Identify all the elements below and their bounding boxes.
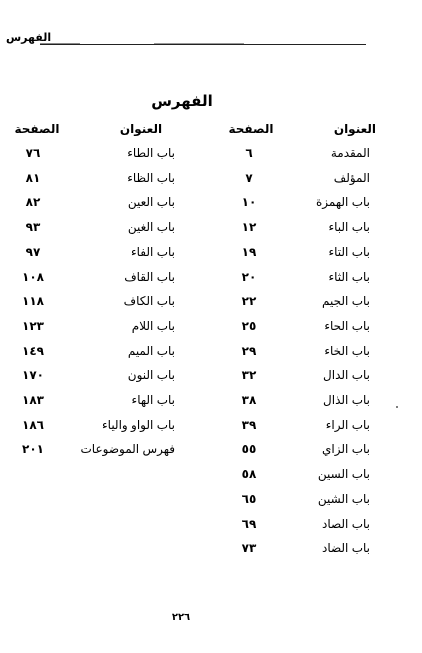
toc-entry-page: ١٤٩ [13, 344, 53, 358]
toc-entry-page: ١٨٦ [13, 418, 53, 432]
toc-entry-page: ٥٨ [229, 467, 269, 481]
toc-entry-page: ٨٢ [13, 195, 53, 209]
toc-entry-title: فهرس الموضوعات [45, 442, 175, 456]
scan-speck [396, 406, 398, 408]
toc-entry-page: ٩٧ [13, 245, 53, 259]
toc-entry-title: باب اللام [45, 319, 175, 333]
toc-entry-page: ٧ [229, 171, 269, 185]
toc-entry-page: ٢٥ [229, 319, 269, 333]
toc-entry-page: ٦٩ [229, 517, 269, 531]
toc-entry-title: باب الكاف [45, 294, 175, 308]
toc-entry-title: باب النون [45, 368, 175, 382]
right-title-header: العنوان [314, 122, 376, 136]
toc-entry-page: ٢٩ [229, 344, 269, 358]
toc-entry-title: باب العين [45, 195, 175, 209]
page-number: ٢٢٦ [166, 612, 196, 623]
toc-entry-page: ٩٣ [13, 220, 53, 234]
toc-entry-page: ١٩ [229, 245, 269, 259]
toc-entry-title: باب الواو والياء [45, 418, 175, 432]
toc-entry-page: ١٨٣ [13, 393, 53, 407]
toc-entry-page: ١٠ [229, 195, 269, 209]
toc-entry-page: ٧٦ [13, 146, 53, 160]
left-page-header: الصفحة [12, 122, 62, 136]
toc-entry-page: ١٠٨ [13, 270, 53, 284]
toc-entry-page: ٥٥ [229, 442, 269, 456]
toc-entry-page: ٧٣ [229, 541, 269, 555]
toc-entry-title: باب الميم [45, 344, 175, 358]
toc-entry-title: باب القاف [45, 270, 175, 284]
toc-entry-title: باب الفاء [45, 245, 175, 259]
toc-entry-page: ٣٢ [229, 368, 269, 382]
right-page-header: الصفحة [226, 122, 276, 136]
toc-entry-page: ٦ [229, 146, 269, 160]
toc-entry-title: باب الطاء [45, 146, 175, 160]
toc-entry-title: باب الظاء [45, 171, 175, 185]
toc-entry-page: ٦٥ [229, 492, 269, 506]
toc-entry-page: ١٢ [229, 220, 269, 234]
toc-entry-page: ٢٢ [229, 294, 269, 308]
toc-entry-page: ٣٨ [229, 393, 269, 407]
left-title-header: العنوان [110, 122, 172, 136]
toc-entry-page: ١١٨ [13, 294, 53, 308]
toc-entry-title: باب الغين [45, 220, 175, 234]
toc-entry-page: ٢٠ [229, 270, 269, 284]
toc-entry-page: ١٧٠ [13, 368, 53, 382]
toc-entry-page: ٨١ [13, 171, 53, 185]
header-rule [40, 44, 366, 45]
page-title: الفهرس [150, 92, 214, 110]
toc-entry-page: ٣٩ [229, 418, 269, 432]
toc-entry-title: باب الهاء [45, 393, 175, 407]
toc-entry-page: ١٢٣ [13, 319, 53, 333]
toc-entry-page: ٢٠١ [13, 442, 53, 456]
